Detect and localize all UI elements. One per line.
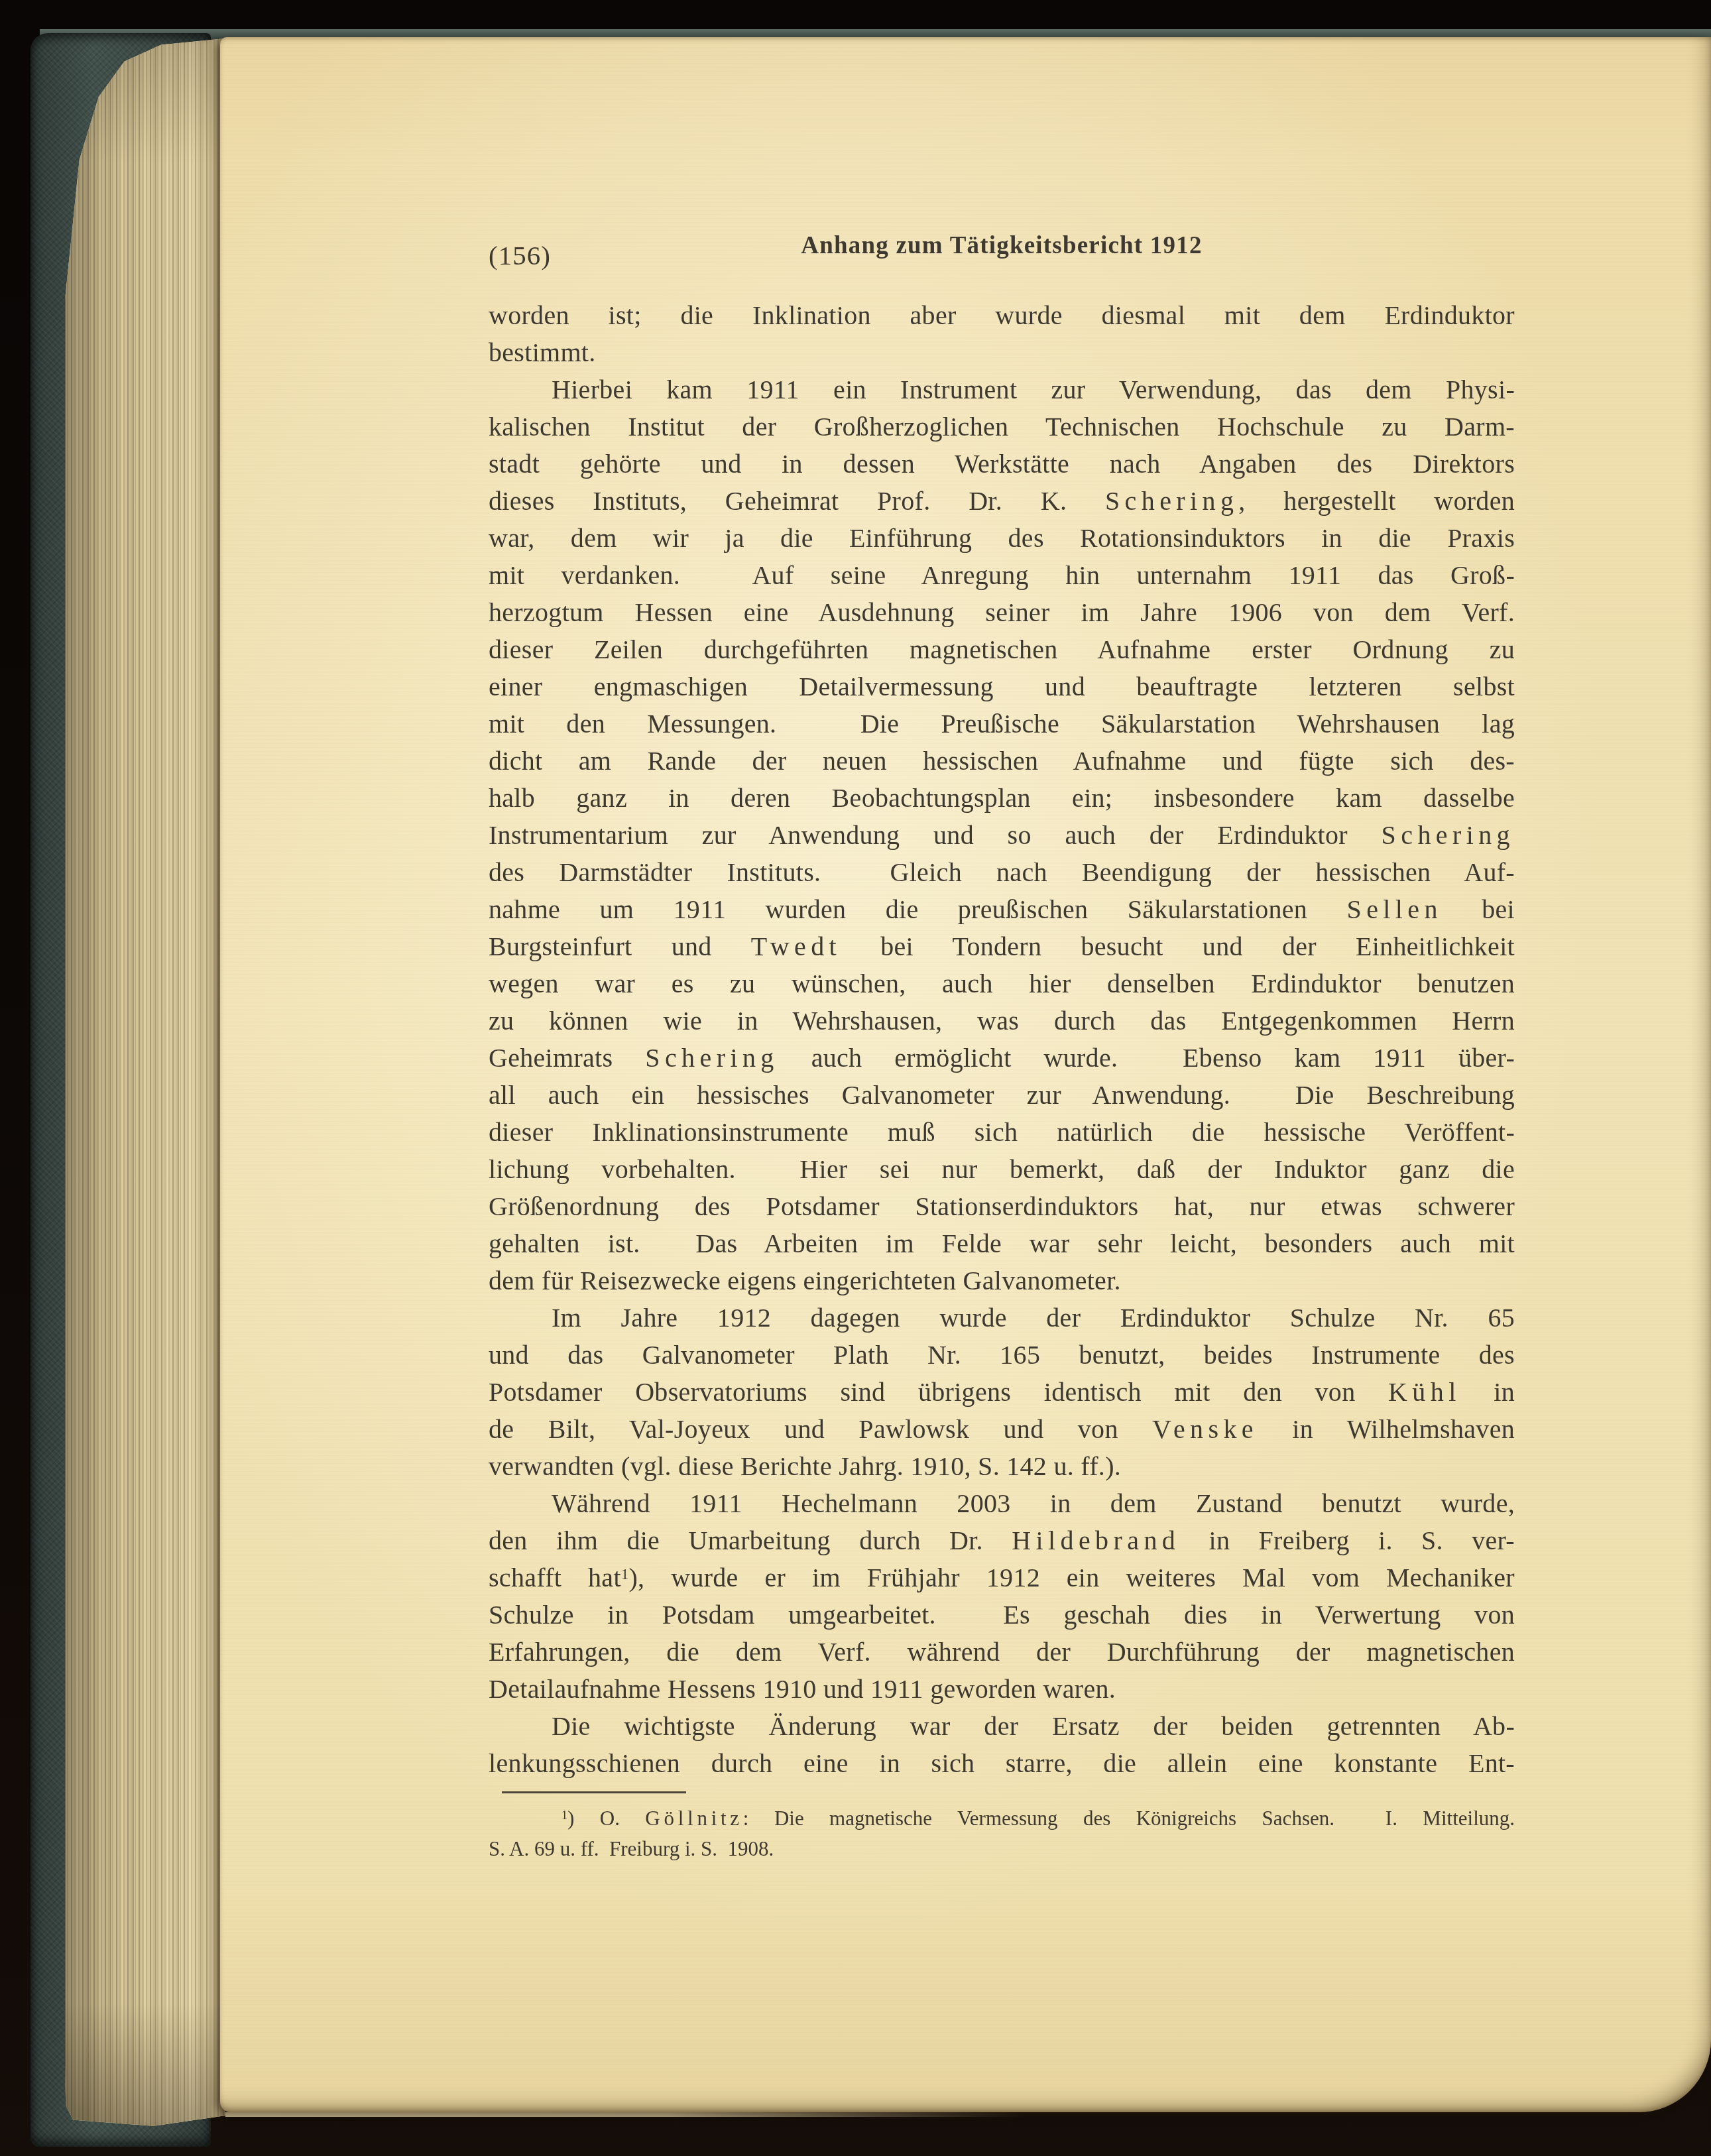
letterspaced-name: Schering xyxy=(1382,820,1515,850)
text-line: worden ist; die Inklination aber wurde d… xyxy=(489,297,1515,334)
text-line: Die wichtigste Änderung war der Ersatz d… xyxy=(489,1708,1515,1745)
text-line: dieses Instituts, Geheimrat Prof. Dr. K.… xyxy=(489,483,1515,520)
text-line: Hierbei kam 1911 ein Instrument zur Verw… xyxy=(489,371,1515,408)
text-line: dieser Zeilen durchgeführten magnetische… xyxy=(489,631,1515,668)
text-line: de Bilt, Val-Joyeux und Pawlowsk und von… xyxy=(489,1411,1515,1448)
running-header: Anhang zum Tätigkeitsbericht 1912 xyxy=(489,231,1515,260)
footnote: 1) O. Göllnitz: Die magnetische Vermessu… xyxy=(489,1803,1515,1864)
text-line: bestimmt. xyxy=(489,334,1515,371)
text-line: Burgsteinfurt und Twedt bei Tondern besu… xyxy=(489,928,1515,965)
text-segment: Hierbei kam 1911 ein Instrument zur Verw… xyxy=(552,375,1515,404)
text-line: den ihm die Umarbeitung durch Dr. Hildeb… xyxy=(489,1522,1515,1559)
text-line: verwandten (vgl. diese Berichte Jahrg. 1… xyxy=(489,1448,1515,1485)
footnote-marker: 1 xyxy=(561,1809,567,1822)
text-segment: S. A. 69 u. ff. Freiburg i. S. 1908. xyxy=(489,1837,774,1860)
letterspaced-name: Twedt xyxy=(751,931,841,961)
text-line: herzogtum Hessen eine Ausdehnung seiner … xyxy=(489,594,1515,631)
text-line: dieser Inklinationsinstrumente muß sich … xyxy=(489,1114,1515,1151)
text-segment: worden ist; die Inklination aber wurde d… xyxy=(489,300,1515,330)
text-segment: in Wilhelmshaven xyxy=(1258,1414,1515,1444)
text-line: lichung vorbehalten. Hier sei nur bemerk… xyxy=(489,1151,1515,1188)
text-segment: stadt gehörte und in dessen Werkstätte n… xyxy=(489,449,1515,479)
text-line: Geheimrats Schering auch ermöglicht wurd… xyxy=(489,1040,1515,1077)
text-segment: Größenordnung des Potsdamer Stationserdi… xyxy=(489,1191,1515,1221)
text-segment: bei Tondern besucht und der Einheitlichk… xyxy=(841,931,1515,961)
letterspaced-name: Kühl xyxy=(1388,1377,1461,1407)
text-line: schafft hat1), wurde er im Frühjahr 1912… xyxy=(489,1559,1515,1596)
text-line: des Darmstädter Instituts. Gleich nach B… xyxy=(489,854,1515,891)
text-segment: auch ermöglicht wurde. Ebenso kam 1911 ü… xyxy=(779,1043,1515,1073)
text-segment: des Darmstädter Instituts. Gleich nach B… xyxy=(489,857,1515,887)
text-line: war, dem wir ja die Einführung des Rotat… xyxy=(489,520,1515,557)
text-segment: verwandten (vgl. diese Berichte Jahrg. 1… xyxy=(489,1451,1121,1481)
text-segment: dem für Reisezwecke eigens eingerichtete… xyxy=(489,1266,1121,1295)
letterspaced-name: Hildebrand xyxy=(1012,1526,1180,1555)
under-page-edge xyxy=(225,2112,1028,2117)
text-line: gehalten ist. Das Arbeiten im Felde war … xyxy=(489,1225,1515,1262)
page-number: (156) xyxy=(489,239,551,271)
text-line: S. A. 69 u. ff. Freiburg i. S. 1908. xyxy=(489,1834,1515,1864)
text-line: wegen war es zu wünschen, auch hier dens… xyxy=(489,965,1515,1002)
page-fore-edges xyxy=(65,38,225,2128)
text-line: kalischen Institut der Großherzoglichen … xyxy=(489,408,1515,446)
letterspaced-name: Venske xyxy=(1152,1414,1258,1444)
text-segment: war, dem wir ja die Einführung des Rotat… xyxy=(489,523,1515,553)
text-line: dicht am Rande der neuen hessischen Aufn… xyxy=(489,743,1515,780)
text-line: 1) O. Göllnitz: Die magnetische Vermessu… xyxy=(489,1803,1515,1834)
text-segment: dieser Inklinationsinstrumente muß sich … xyxy=(489,1117,1515,1147)
text-segment: Erfahrungen, die dem Verf. während der D… xyxy=(489,1637,1515,1667)
text-line: mit den Messungen. Die Preußische Säkula… xyxy=(489,705,1515,743)
text-segment: zu können wie in Wehrshausen, was durch … xyxy=(489,1006,1515,1036)
letterspaced-name: Schering xyxy=(645,1043,778,1073)
text-line: Schulze in Potsdam umgearbeitet. Es gesc… xyxy=(489,1596,1515,1634)
paragraph: worden ist; die Inklination aber wurde d… xyxy=(489,297,1515,371)
text-segment: in xyxy=(1461,1377,1515,1407)
text-line: dem für Reisezwecke eigens eingerichtete… xyxy=(489,1262,1515,1299)
text-segment: lenkungsschienen durch eine in sich star… xyxy=(489,1748,1515,1778)
text-segment: Im Jahre 1912 dagegen wurde der Erdinduk… xyxy=(552,1303,1515,1333)
text-line: Während 1911 Hechelmann 2003 in dem Zust… xyxy=(489,1485,1515,1522)
text-segment: den ihm die Umarbeitung durch Dr. xyxy=(489,1526,1012,1555)
scanned-book-photo: (156) Anhang zum Tätigkeitsbericht 1912 … xyxy=(0,0,1711,2156)
text-line: halb ganz in deren Beobachtungsplan ein;… xyxy=(489,780,1515,817)
letterspaced-name: Schering xyxy=(1105,486,1238,516)
text-segment: und das Galvanometer Plath Nr. 165 benut… xyxy=(489,1340,1515,1370)
text-line: Erfahrungen, die dem Verf. während der D… xyxy=(489,1634,1515,1671)
text-line: und das Galvanometer Plath Nr. 165 benut… xyxy=(489,1337,1515,1374)
text-segment: schafft hat xyxy=(489,1563,621,1592)
text-line: all auch ein hessisches Galvanometer zur… xyxy=(489,1077,1515,1114)
text-segment: mit den Messungen. Die Preußische Säkula… xyxy=(489,709,1515,739)
text-segment: wegen war es zu wünschen, auch hier dens… xyxy=(489,969,1515,998)
page-fore-edges-shading xyxy=(65,38,225,2128)
text-segment: kalischen Institut der Großherzoglichen … xyxy=(489,412,1515,442)
text-segment: bestimmt. xyxy=(489,337,596,367)
text-segment: all auch ein hessisches Galvanometer zur… xyxy=(489,1080,1515,1110)
text-segment: mit verdanken. Auf seine Anregung hin un… xyxy=(489,560,1515,590)
text-line: nahme um 1911 wurden die preußischen Säk… xyxy=(489,891,1515,928)
text-segment: Schulze in Potsdam umgearbeitet. Es gesc… xyxy=(489,1600,1515,1630)
text-segment: Detailaufnahme Hessens 1910 und 1911 gew… xyxy=(489,1674,1116,1704)
text-segment: Geheimrats xyxy=(489,1043,645,1073)
paragraph: Im Jahre 1912 dagegen wurde der Erdinduk… xyxy=(489,1299,1515,1485)
text-segment: : Die magnetische Vermessung des Königre… xyxy=(743,1807,1515,1830)
footnote-separator xyxy=(502,1791,686,1793)
text-segment: , hergestellt worden xyxy=(1238,486,1515,516)
text-segment: ), wurde er im Frühjahr 1912 ein weitere… xyxy=(628,1563,1515,1592)
text-segment: de Bilt, Val-Joyeux und Pawlowsk und von xyxy=(489,1414,1152,1444)
text-segment: nahme um 1911 wurden die preußischen Säk… xyxy=(489,894,1346,924)
text-segment: Potsdamer Observatoriums sind übrigens i… xyxy=(489,1377,1388,1407)
text-segment: halb ganz in deren Beobachtungsplan ein;… xyxy=(489,783,1515,813)
text-segment: Burgsteinfurt und xyxy=(489,931,751,961)
paragraph: Während 1911 Hechelmann 2003 in dem Zust… xyxy=(489,1485,1515,1708)
text-line: Im Jahre 1912 dagegen wurde der Erdinduk… xyxy=(489,1299,1515,1337)
text-segment: einer engmaschigen Detailvermessung und … xyxy=(489,672,1515,701)
page-header: (156) Anhang zum Tätigkeitsbericht 1912 xyxy=(489,231,1515,271)
text-segment: Die wichtigste Änderung war der Ersatz d… xyxy=(552,1711,1515,1741)
text-segment: dieser Zeilen durchgeführten magnetische… xyxy=(489,634,1515,664)
text-segment: bei xyxy=(1443,894,1515,924)
letterspaced-name: Sellen xyxy=(1346,894,1442,924)
text-line: stadt gehörte und in dessen Werkstätte n… xyxy=(489,446,1515,483)
paragraph: Hierbei kam 1911 ein Instrument zur Verw… xyxy=(489,371,1515,1299)
text-segment: dicht am Rande der neuen hessischen Aufn… xyxy=(489,746,1515,776)
text-segment: Instrumentarium zur Anwendung und so auc… xyxy=(489,820,1382,850)
text-line: Größenordnung des Potsdamer Stationserdi… xyxy=(489,1188,1515,1225)
text-line: einer engmaschigen Detailvermessung und … xyxy=(489,668,1515,705)
text-segment: dieses Instituts, Geheimrat Prof. Dr. K. xyxy=(489,486,1105,516)
paragraph: Die wichtigste Änderung war der Ersatz d… xyxy=(489,1708,1515,1782)
text-segment: lichung vorbehalten. Hier sei nur bemerk… xyxy=(489,1154,1515,1184)
text-line: zu können wie in Wehrshausen, was durch … xyxy=(489,1002,1515,1040)
text-segment: ) O. xyxy=(567,1807,645,1830)
body-text: worden ist; die Inklination aber wurde d… xyxy=(489,297,1515,1782)
text-segment: herzogtum Hessen eine Ausdehnung seiner … xyxy=(489,597,1515,627)
text-line: lenkungsschienen durch eine in sich star… xyxy=(489,1745,1515,1782)
text-line: mit verdanken. Auf seine Anregung hin un… xyxy=(489,557,1515,594)
text-segment: Während 1911 Hechelmann 2003 in dem Zust… xyxy=(552,1488,1515,1518)
text-line: Instrumentarium zur Anwendung und so auc… xyxy=(489,817,1515,854)
book-page: (156) Anhang zum Tätigkeitsbericht 1912 … xyxy=(220,37,1711,2112)
text-segment: in Freiberg i. S. ver- xyxy=(1180,1526,1515,1555)
text-line: Potsdamer Observatoriums sind übrigens i… xyxy=(489,1374,1515,1411)
text-segment: gehalten ist. Das Arbeiten im Felde war … xyxy=(489,1228,1515,1258)
letterspaced-name: Göllnitz xyxy=(645,1807,742,1830)
footnote-marker: 1 xyxy=(621,1566,629,1583)
text-line: Detailaufnahme Hessens 1910 und 1911 gew… xyxy=(489,1671,1515,1708)
